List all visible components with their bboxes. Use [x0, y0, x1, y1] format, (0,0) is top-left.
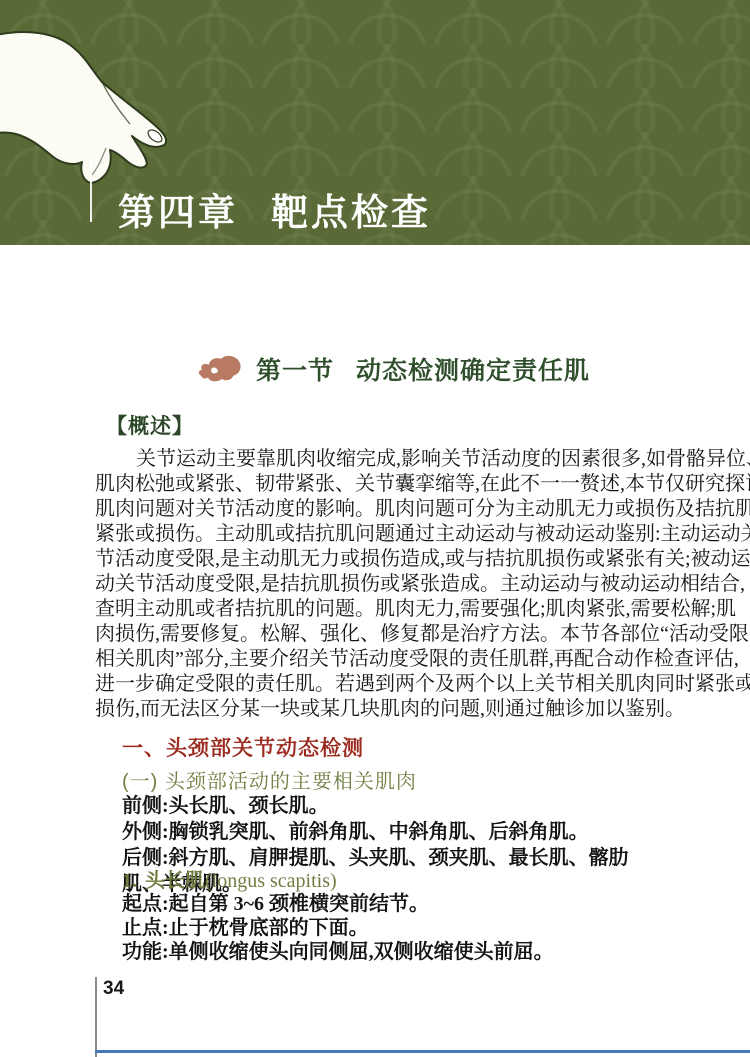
muscle-item-number: 1.	[122, 870, 137, 892]
paragraph-line: 相关肌肉”部分,主要介绍关节活动度受限的责任肌群,再配合动作检查评估,	[95, 647, 657, 672]
heading-dynamic-detection: 一、头颈部关节动态检测	[122, 732, 364, 762]
paragraph-line: 关节运动主要靠肌肉收缩完成,影响关节活动度的因素很多,如骨骼异位、	[95, 447, 657, 472]
detail-line-function: 功能:单侧收缩使头向同侧屈,双侧收缩使头前屈。	[122, 940, 662, 964]
chapter-title: 第四章靶点检查	[118, 182, 431, 236]
section-heading: 第一节动态检测确定责任肌	[198, 350, 590, 387]
footer-rule	[95, 1050, 750, 1053]
section-name: 动态检测确定责任肌	[356, 358, 590, 385]
chapter-label: 第四章	[118, 192, 238, 233]
book-page: 第四章靶点检查 第一节动态检测确定责任肌 【概述】 关节运动主要靠肌肉收缩完成,…	[0, 0, 750, 1057]
cloud-motif-icon	[198, 350, 244, 387]
paragraph-line: 肌肉问题对关节活动度的影响。肌肉问题可分为主动肌无力或损伤及拮抗肌	[95, 497, 657, 522]
paragraph-line: 损伤,而无法区分某一块或某几块肌肉的问题,则通过触诊加以鉴别。	[95, 697, 657, 722]
paragraph-line: 动关节活动度受限,是拮抗肌损伤或紧张造成。主动运动与被动运动相结合,	[95, 572, 657, 597]
muscle-item-latin: (longus scapitis)	[205, 870, 337, 892]
paragraph-line: 肌肉松弛或紧张、韧带紧张、关节囊挛缩等,在此不一一赘述,本节仅研究探讨	[95, 472, 657, 497]
page-number: 34	[103, 978, 124, 1000]
heading-related-muscles: (一) 头颈部活动的主要相关肌肉	[122, 765, 417, 794]
overview-label: 【概述】	[106, 410, 194, 440]
detail-line-insertion: 止点:止于枕骨底部的下面。	[122, 916, 662, 940]
paragraph-line: 肉损伤,需要修复。松解、强化、修复都是治疗方法。本节各部位“活动受限的	[95, 622, 657, 647]
section-label: 第一节	[256, 358, 334, 385]
detail-line-origin: 起点:起自第 3~6 颈椎横突前结节。	[122, 892, 662, 916]
muscle-line-front: 前侧:头长肌、颈长肌。	[122, 793, 662, 819]
overview-paragraph: 关节运动主要靠肌肉收缩完成,影响关节活动度的因素很多,如骨骼异位、 肌肉松弛或紧…	[95, 447, 657, 722]
paragraph-line: 查明主动肌或者拮抗肌的问题。肌肉无力,需要强化;肌肉紧张,需要松解;肌	[95, 597, 657, 622]
folio-vertical-rule	[95, 977, 97, 1057]
paragraph-line: 进一步确定受限的责任肌。若遇到两个及两个以上关节相关肌肉同时紧张或	[95, 672, 657, 697]
needle-line	[90, 158, 92, 222]
muscle-item-heading: 1.头长肌(longus scapitis)	[122, 864, 337, 893]
paragraph-line: 紧张或损伤。主动肌或拮抗肌问题通过主动运动与被动运动鉴别:主动运动关	[95, 522, 657, 547]
muscle-line-lateral: 外侧:胸锁乳突肌、前斜角肌、中斜角肌、后斜角肌。	[122, 819, 662, 845]
muscle-detail-list: 起点:起自第 3~6 颈椎横突前结节。 止点:止于枕骨底部的下面。 功能:单侧收…	[122, 892, 662, 964]
chapter-name: 靶点检查	[271, 192, 431, 233]
muscle-item-name: 头长肌	[145, 870, 205, 892]
section-title: 第一节动态检测确定责任肌	[256, 351, 590, 387]
chapter-header-band: 第四章靶点检查	[0, 0, 750, 245]
paragraph-line: 节活动度受限,是主动肌无力或损伤造成,或与拮抗肌损伤或紧张有关;被动运	[95, 547, 657, 572]
